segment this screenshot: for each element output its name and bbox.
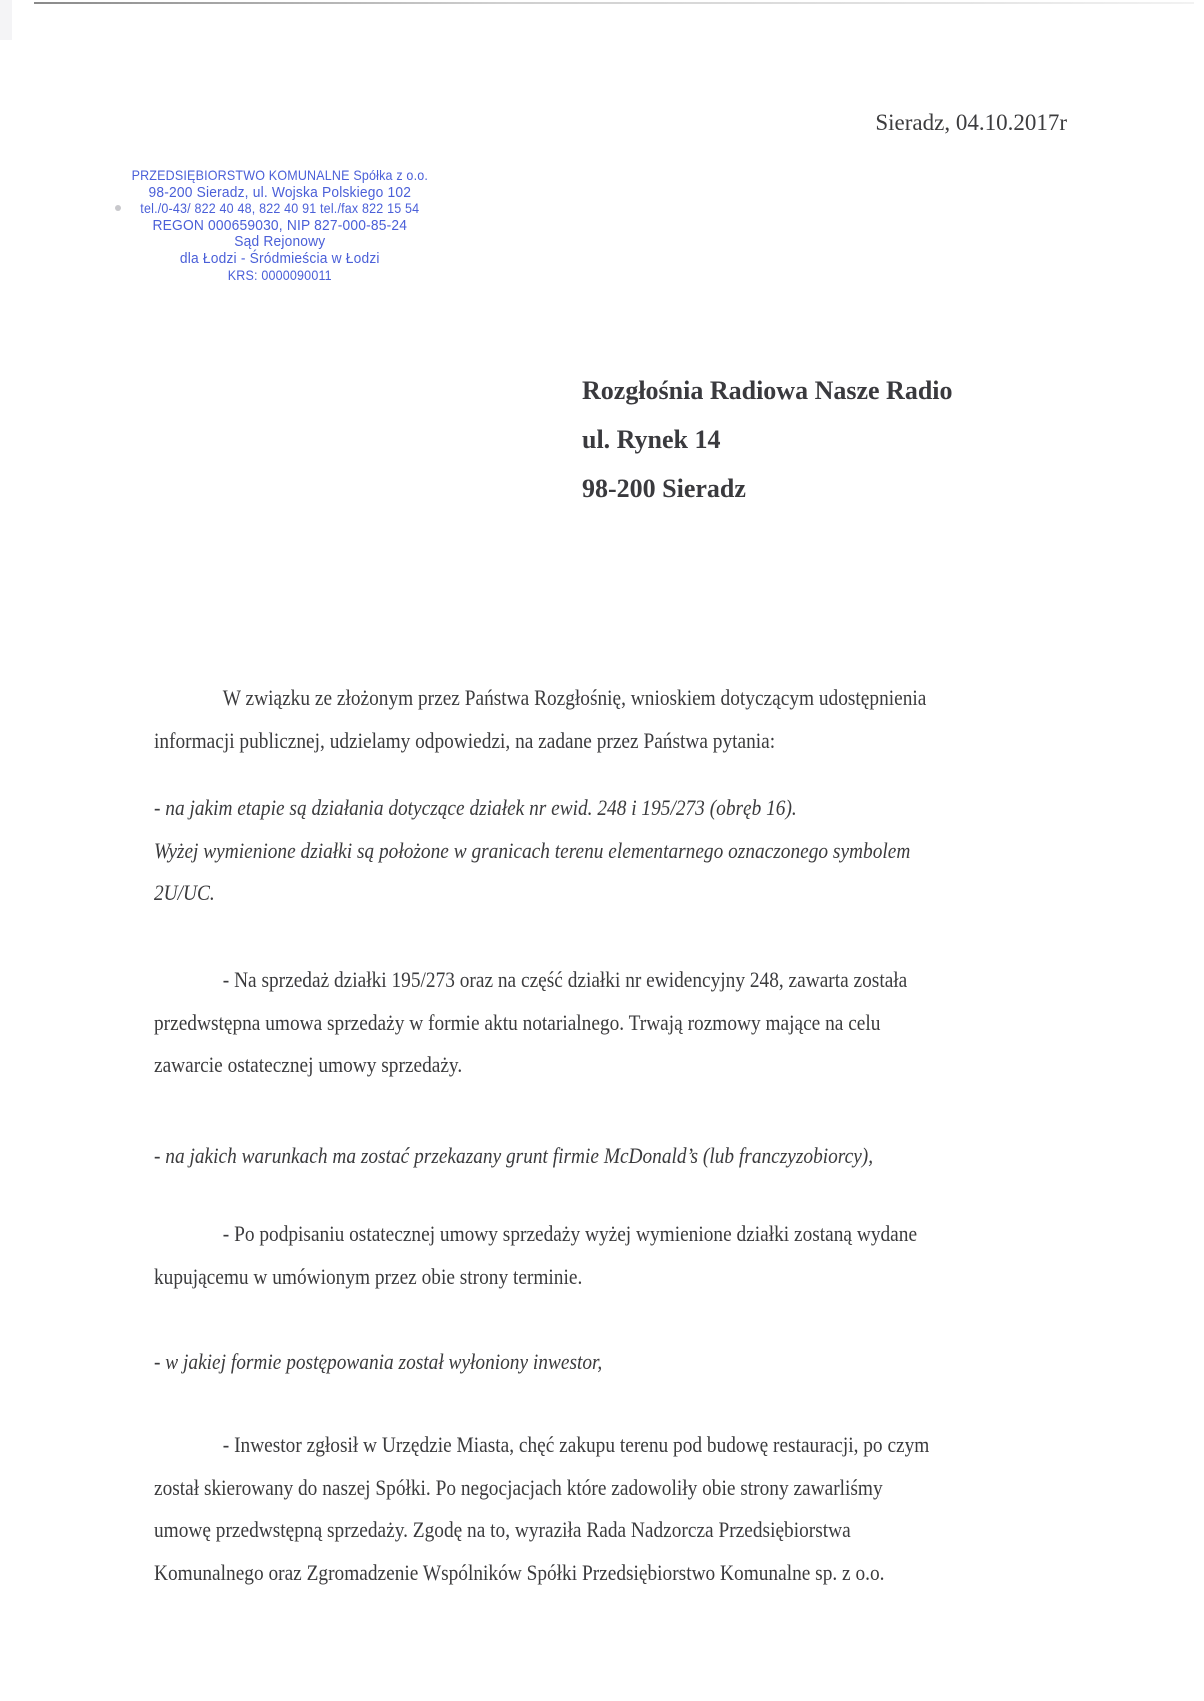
stamp-line-regon-nip: REGON 000659030, NIP 827-000-85-24 xyxy=(128,218,432,235)
stamp-line-address: 98-200 Sieradz, ul. Wojska Polskiego 102 xyxy=(128,185,432,202)
answer-line: kupującemu w umówionym przez obie strony… xyxy=(154,1256,1124,1299)
question-line: Wyżej wymienione działki są położone w g… xyxy=(154,830,1124,873)
answer-line: Komunalnego oraz Zgromadzenie Wspólników… xyxy=(154,1552,1124,1595)
answer-line: został skierowany do naszej Spółki. Po n… xyxy=(154,1467,1124,1510)
question-paragraph: - na jakich warunkach ma zostać przekaza… xyxy=(154,1135,1124,1178)
addressee-city: 98-200 Sieradz xyxy=(582,464,953,513)
stamp-line-phone: tel./0-43/ 822 40 48, 822 40 91 tel./fax… xyxy=(128,201,432,218)
answer-line: zawarcie ostatecznej umowy sprzedaży. xyxy=(154,1044,1124,1087)
addressee-block: Rozgłośnia Radiowa Nasze Radio ul. Rynek… xyxy=(582,366,953,513)
question-line: - w jakiej formie postępowania został wy… xyxy=(154,1341,1124,1384)
answer-line: przedwstępna umowa sprzedaży w formie ak… xyxy=(154,1002,1124,1045)
intro-line: informacji publicznej, udzielamy odpowie… xyxy=(154,720,1124,763)
answer-line: - Na sprzedaż działki 195/273 oraz na cz… xyxy=(154,959,1124,1002)
place-date: Sieradz, 04.10.2017r xyxy=(875,110,1067,136)
addressee-street: ul. Rynek 14 xyxy=(582,415,953,464)
answer-line: - Po podpisaniu ostatecznej umowy sprzed… xyxy=(154,1213,1124,1256)
stamp-line-company: PRZEDSIĘBIORSTWO KOMUNALNE Spółka z o.o. xyxy=(128,168,432,185)
question-paragraph: - w jakiej formie postępowania został wy… xyxy=(154,1341,1124,1384)
scan-edge-shadow xyxy=(0,0,12,40)
stamp-speck xyxy=(115,205,121,211)
company-stamp: PRZEDSIĘBIORSTWO KOMUNALNE Spółka z o.o.… xyxy=(128,168,432,284)
answer-paragraph: - Inwestor zgłosił w Urzędzie Miasta, ch… xyxy=(154,1424,1124,1594)
stamp-line-court-district: dla Łodzi - Śródmieścia w Łodzi xyxy=(128,251,432,268)
addressee-name: Rozgłośnia Radiowa Nasze Radio xyxy=(582,366,953,415)
question-line: - na jakich warunkach ma zostać przekaza… xyxy=(154,1135,1124,1178)
stamp-line-court: Sąd Rejonowy xyxy=(128,234,432,251)
intro-paragraph: W związku ze złożonym przez Państwa Rozg… xyxy=(154,677,1124,762)
question-line: - na jakim etapie są działania dotyczące… xyxy=(154,787,1124,830)
intro-line: W związku ze złożonym przez Państwa Rozg… xyxy=(154,677,1124,720)
answer-paragraph: - Na sprzedaż działki 195/273 oraz na cz… xyxy=(154,959,1124,1087)
answer-line: - Inwestor zgłosił w Urzędzie Miasta, ch… xyxy=(154,1424,1124,1467)
question-line: 2U/UC. xyxy=(154,872,1124,915)
question-paragraph: - na jakim etapie są działania dotyczące… xyxy=(154,787,1124,915)
answer-line: umowę przedwstępną sprzedaży. Zgodę na t… xyxy=(154,1509,1124,1552)
scan-top-border xyxy=(34,2,1194,4)
answer-paragraph: - Po podpisaniu ostatecznej umowy sprzed… xyxy=(154,1213,1124,1298)
stamp-line-krs: KRS: 0000090011 xyxy=(128,268,432,285)
